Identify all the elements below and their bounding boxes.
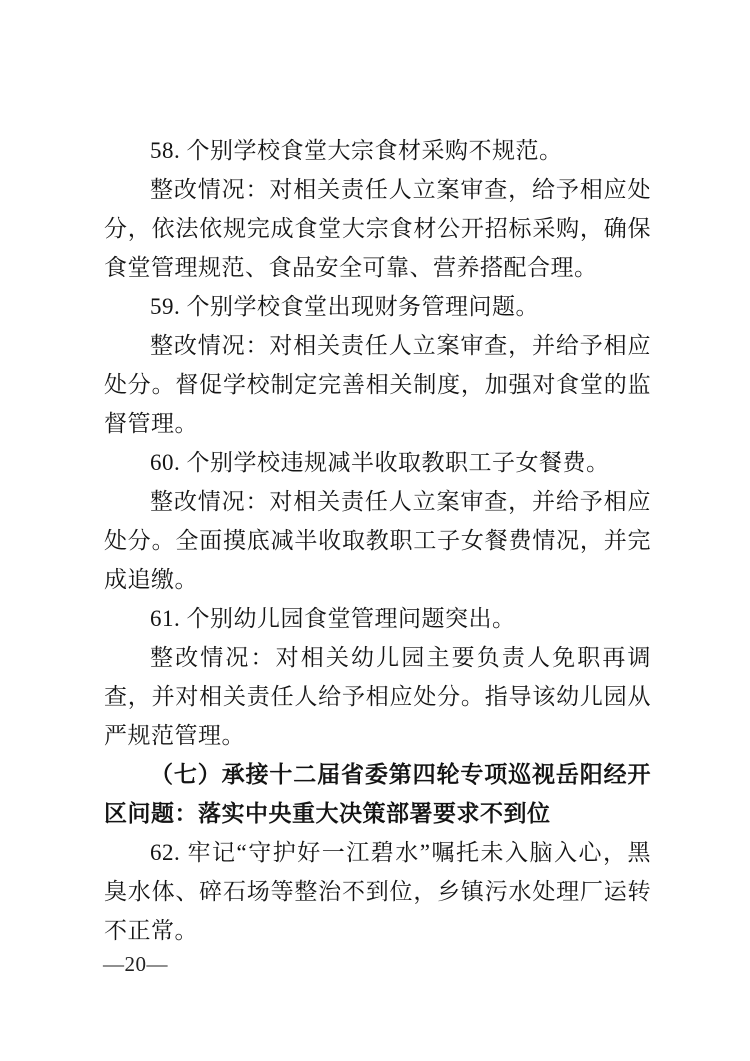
paragraph-item-59: 59. 个别学校食堂出现财务管理问题。: [104, 287, 651, 326]
paragraph-reply-61: 整改情况：对相关幼儿园主要负责人免职再调查，并对相关责任人给予相应处分。指导该幼…: [104, 638, 651, 755]
paragraph-item-58: 58. 个别学校食堂大宗食材采购不规范。: [104, 131, 651, 170]
paragraph-item-60: 60. 个别学校违规减半收取教职工子女餐费。: [104, 443, 651, 482]
paragraph-reply-60: 整改情况：对相关责任人立案审查，并给予相应处分。全面摸底减半收取教职工子女餐费情…: [104, 482, 651, 599]
document-page: 58. 个别学校食堂大宗食材采购不规范。 整改情况：对相关责任人立案审查，给予相…: [0, 0, 750, 1061]
document-body: 58. 个别学校食堂大宗食材采购不规范。 整改情况：对相关责任人立案审查，给予相…: [104, 131, 651, 950]
section-heading-7: （七）承接十二届省委第四轮专项巡视岳阳经开区问题：落实中央重大决策部署要求不到位: [104, 755, 651, 833]
paragraph-item-61: 61. 个别幼儿园食堂管理问题突出。: [104, 599, 651, 638]
paragraph-reply-58: 整改情况：对相关责任人立案审查，给予相应处分，依法依规完成食堂大宗食材公开招标采…: [104, 170, 651, 287]
paragraph-item-62: 62. 牢记“守护好一江碧水”嘱托未入脑入心，黑臭水体、碎石场等整治不到位，乡镇…: [104, 833, 651, 950]
paragraph-reply-59: 整改情况：对相关责任人立案审查，并给予相应处分。督促学校制定完善相关制度，加强对…: [104, 326, 651, 443]
page-number: —20—: [103, 952, 168, 976]
